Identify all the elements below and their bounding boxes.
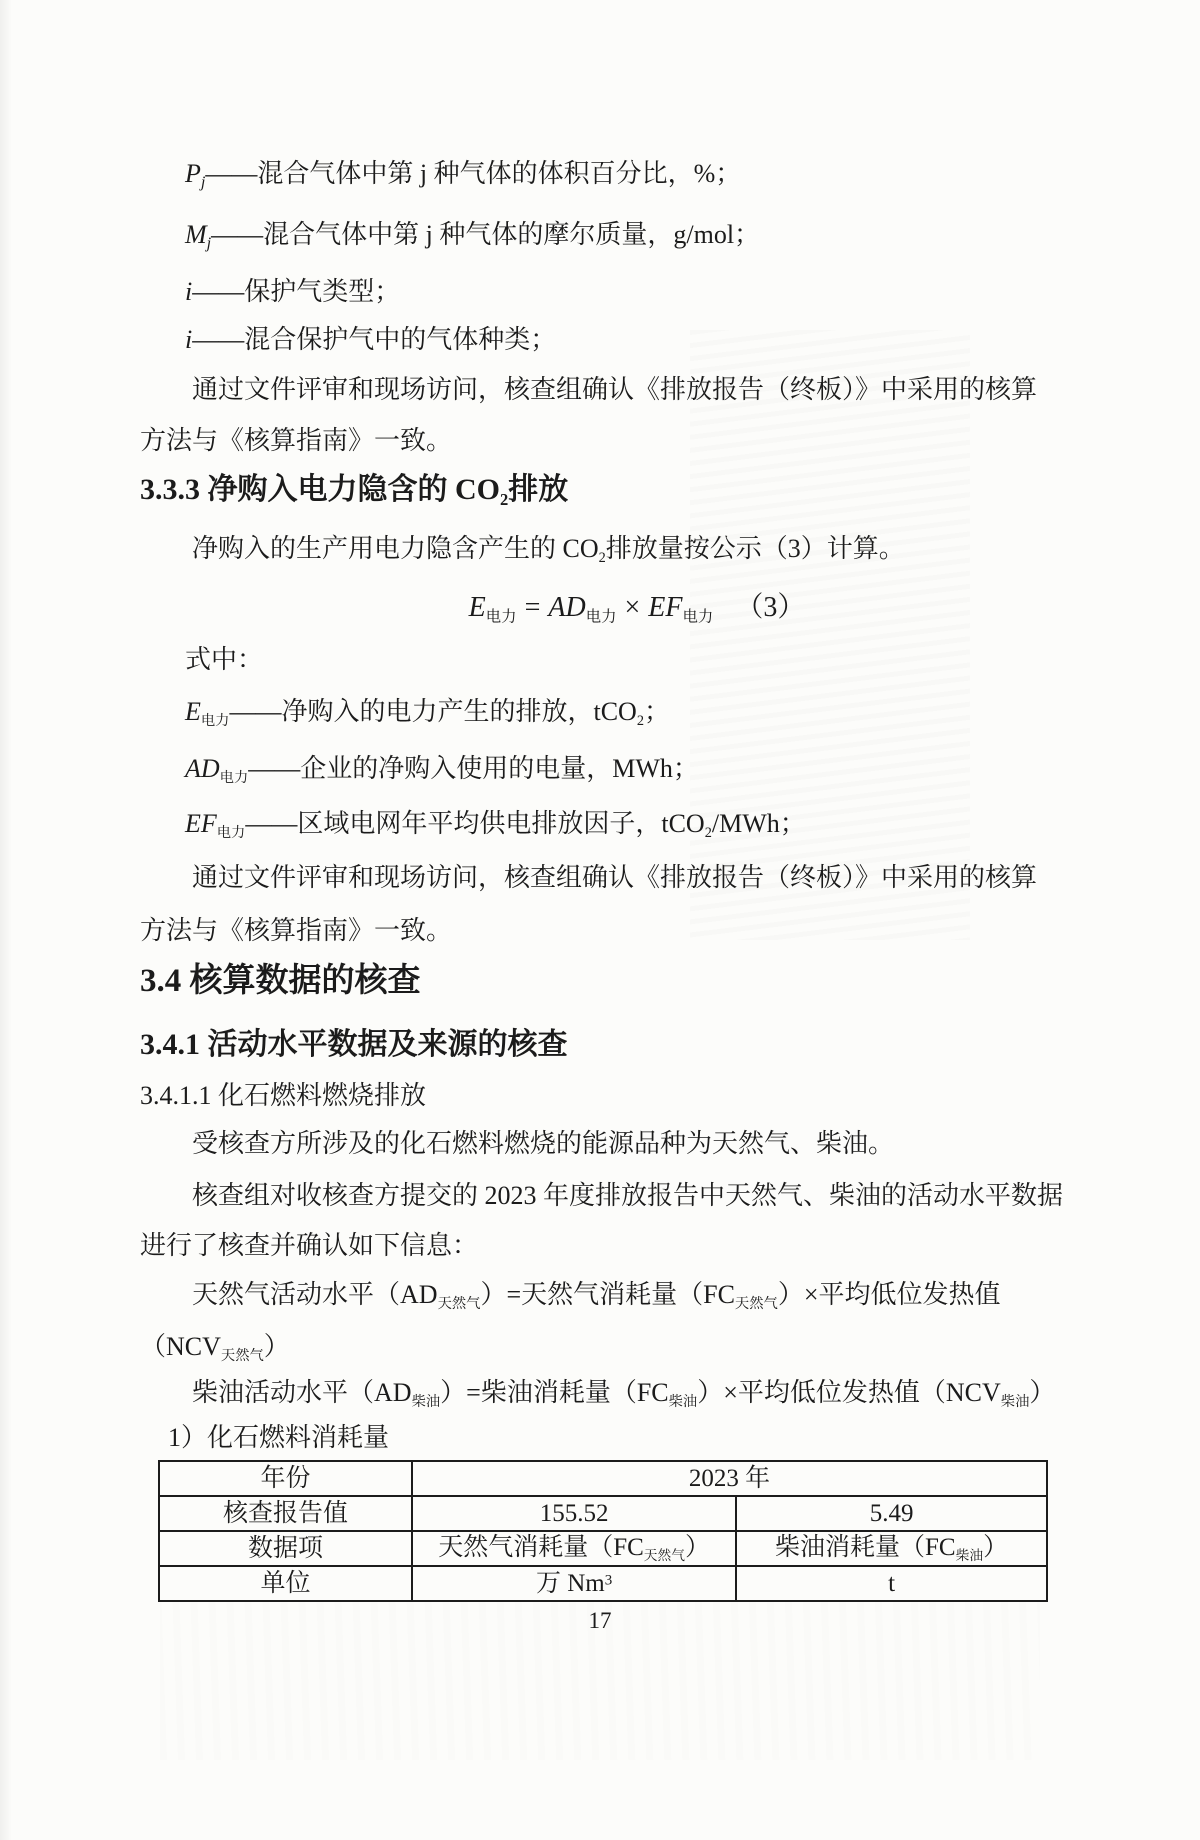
table-row-report-value: 核查报告值 155.52 5.49 [159, 1496, 1047, 1531]
data-item-row-label: 数据项 [159, 1531, 412, 1566]
cell-text: ） [983, 1534, 1008, 1561]
gas-subscript: 天然气 [438, 1296, 481, 1312]
formula-text: ）=天然气消耗量（FC [480, 1280, 734, 1309]
diesel-unit-cell: t [736, 1566, 1047, 1601]
paragraph-review-line2: 进行了核查并确认如下信息： [140, 1232, 1060, 1260]
formula-text: ）×平均低位发热值（NCV [697, 1378, 1001, 1407]
report-value-row-label: 核查报告值 [159, 1496, 412, 1531]
co2-subscript: 2 [500, 490, 508, 509]
equals-sign: = [525, 592, 541, 623]
heading-text: 排放 [508, 473, 568, 506]
paragraph-electricity: 净购入的生产用电力隐含产生的 CO2排放量按公示（3）计算。 [140, 535, 1060, 565]
paragraph-confirm2-line2: 方法与《核算指南》一致。 [140, 917, 1060, 945]
heading-3-4-1: 3.4.1 活动水平数据及来源的核查 [140, 1029, 1060, 1061]
definition-text: ——混合保护气中的气体种类； [192, 325, 556, 354]
cubed-superscript: 3 [605, 1573, 613, 1589]
variable-symbol: M [185, 220, 207, 249]
heading-text: 3.3.3 净购入电力隐含的 CO [140, 473, 500, 506]
formula-text: ） [1029, 1378, 1055, 1407]
heading-3-4-1-1: 3.4.1.1 化石燃料燃烧排放 [140, 1082, 1060, 1110]
co2-subscript: 2 [705, 825, 712, 841]
formula-text: 天然气活动水平（AD [192, 1280, 438, 1309]
diesel-report-value-cell: 5.49 [736, 1496, 1047, 1531]
formula-text: （NCV [140, 1332, 221, 1361]
diesel-subscript: 柴油 [956, 1548, 984, 1563]
definition-line-e: E电力——净购入的电力产生的排放，tCO2； [140, 697, 1060, 728]
paragraph-confirm-line1: 通过文件评审和现场访问，核查组确认《排放报告（终板）》中采用的核算 [140, 376, 1060, 404]
diesel-subscript: 柴油 [412, 1394, 441, 1410]
variable-subscript: 电力 [486, 609, 517, 626]
gas-activity-formula-line1: 天然气活动水平（AD天然气）=天然气消耗量（FC天然气）×平均低位发热值 [140, 1280, 1060, 1311]
variable-mj: Mj [185, 220, 211, 249]
unit-row-label: 单位 [159, 1566, 412, 1601]
paragraph-text: 净购入的生产用电力隐含产生的 CO [192, 534, 599, 563]
formula-text: ） [264, 1332, 290, 1361]
variable-e: E [469, 592, 486, 623]
gas-unit-cell: 万 Nm3 [412, 1566, 736, 1601]
cell-text: 万 Nm [536, 1570, 605, 1597]
page-content: Pj——混合气体中第 j 种气体的体积百分比，%； Mj——混合气体中第 j 种… [140, 160, 1060, 1602]
co2-subscript: 2 [599, 550, 606, 566]
co2-subscript: 2 [637, 713, 644, 729]
variable-subscript: 电力 [217, 825, 246, 841]
definition-line-i1: i——保护气类型； [140, 278, 1060, 306]
variable-e: E [185, 697, 201, 726]
fuel-consumption-table: 年份 2023 年 核查报告值 155.52 5.49 数据项 天然气消耗量（F… [158, 1460, 1048, 1602]
table-row-data-item: 数据项 天然气消耗量（FC天然气） 柴油消耗量（FC柴油） [159, 1531, 1047, 1566]
definition-line-ef: EF电力——区域电网年平均供电排放因子，tCO2/MWh； [140, 809, 1060, 840]
gas-data-item-cell: 天然气消耗量（FC天然气） [412, 1531, 736, 1566]
table-row-unit: 单位 万 Nm3 t [159, 1566, 1047, 1601]
definition-text: ——区域电网年平均供电排放因子，tCO [245, 809, 704, 838]
cell-text: 天然气消耗量（FC [438, 1534, 644, 1561]
diesel-subscript: 柴油 [1001, 1394, 1030, 1410]
variable-subscript: 电力 [586, 609, 617, 626]
gas-activity-formula-line2: （NCV天然气） [140, 1332, 1060, 1363]
variable-subscript: 电力 [201, 713, 230, 729]
table-row-year: 年份 2023 年 [159, 1461, 1047, 1496]
gas-subscript: 天然气 [735, 1296, 778, 1312]
page-number: 17 [0, 1608, 1200, 1634]
paragraph-confirm2-line1: 通过文件评审和现场访问，核查组确认《排放报告（终板）》中采用的核算 [140, 864, 1060, 892]
multiplication-sign: × [625, 592, 641, 623]
list-item-fossil-fuel: 1）化石燃料消耗量 [140, 1424, 1060, 1452]
scan-edge-artifact [0, 0, 12, 1840]
scanned-document-page: Pj——混合气体中第 j 种气体的体积百分比，%； Mj——混合气体中第 j 种… [0, 0, 1200, 1840]
definition-line-i2: i——混合保护气中的气体种类； [140, 326, 1060, 354]
heading-3-4: 3.4 核算数据的核查 [140, 963, 1060, 999]
variable-ad: AD [548, 592, 585, 623]
where-label: 式中： [140, 646, 1060, 674]
definition-line-mj: Mj——混合气体中第 j 种气体的摩尔质量，g/mol； [140, 221, 1060, 252]
definition-text: ； [644, 697, 670, 726]
diesel-activity-formula: 柴油活动水平（AD柴油）=柴油消耗量（FC柴油）×平均低位发热值（NCV柴油） [140, 1378, 1060, 1409]
cell-text: ） [685, 1534, 710, 1561]
formula-number: （3） [735, 592, 805, 623]
formula-text: 柴油活动水平（AD [192, 1378, 412, 1407]
paragraph-review-line1: 核查组对收核查方提交的 2023 年度排放报告中天然气、柴油的活动水平数据 [140, 1182, 1060, 1210]
paragraph-text: 排放量按公示（3）计算。 [606, 534, 905, 563]
paragraph-fuel-types: 受核查方所涉及的化石燃料燃烧的能源品种为天然气、柴油。 [140, 1130, 1060, 1158]
formula-3: E电力=AD电力×EF电力（3） [140, 591, 1060, 625]
variable-ad: AD [185, 754, 220, 783]
variable-ef: EF [648, 592, 682, 623]
year-value-cell: 2023 年 [412, 1461, 1047, 1496]
paragraph-confirm-line2: 方法与《核算指南》一致。 [140, 427, 1060, 455]
formula-text: ）=柴油消耗量（FC [440, 1378, 668, 1407]
diesel-subscript: 柴油 [669, 1394, 698, 1410]
variable-ef: EF [185, 809, 217, 838]
variable-symbol: P [185, 159, 201, 188]
definition-line-ad: AD电力——企业的净购入使用的电量，MWh； [140, 754, 1060, 785]
variable-subscript: 电力 [220, 770, 249, 786]
variable-pj: Pj [185, 159, 205, 188]
definition-text: ——净购入的电力产生的排放，tCO [229, 697, 636, 726]
heading-3-3-3: 3.3.3 净购入电力隐含的 CO2排放 [140, 474, 1060, 508]
year-row-label: 年份 [159, 1461, 412, 1496]
definition-text: /MWh； [712, 809, 806, 838]
definition-text: ——保护气类型； [192, 277, 400, 306]
definition-text: ——混合气体中第 j 种气体的摩尔质量，g/mol； [211, 220, 760, 249]
gas-report-value-cell: 155.52 [412, 1496, 736, 1531]
definition-text: ——混合气体中第 j 种气体的体积百分比，%； [205, 159, 741, 188]
definition-text: ——企业的净购入使用的电量，MWh； [248, 754, 699, 783]
diesel-data-item-cell: 柴油消耗量（FC柴油） [736, 1531, 1047, 1566]
formula-text: ）×平均低位发热值 [778, 1280, 1001, 1309]
variable-subscript: 电力 [683, 609, 714, 626]
gas-subscript: 天然气 [221, 1348, 264, 1364]
definition-line-pj: Pj——混合气体中第 j 种气体的体积百分比，%； [140, 160, 1060, 191]
gas-subscript: 天然气 [644, 1548, 685, 1563]
cell-text: 柴油消耗量（FC [775, 1534, 956, 1561]
